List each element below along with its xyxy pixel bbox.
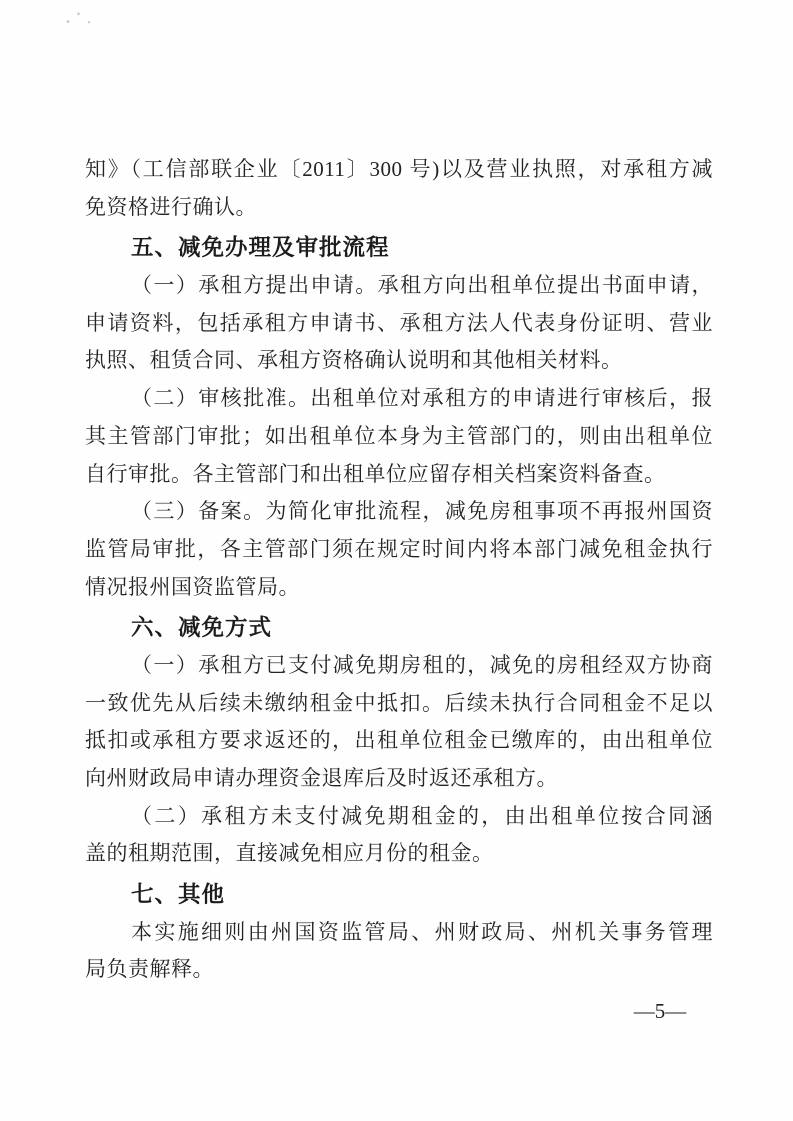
text-line: （二）审核批准。出租单位对承租方的申请进行审核后，报 bbox=[85, 380, 713, 418]
text-line: 一致优先从后续未缴纳租金中抵扣。后续未执行合同租金不足以 bbox=[85, 685, 713, 723]
text-line: 抵扣或承租方要求返还的，出租单位租金已缴库的，由出租单位 bbox=[85, 722, 713, 760]
text-line: （三）备案。为简化审批流程，减免房租事项不再报州国资 bbox=[85, 493, 713, 531]
text-line: 自行审批。各主管部门和出租单位应留存相关档案资料备查。 bbox=[85, 456, 713, 494]
page-number: —5— bbox=[620, 999, 700, 1024]
document-page: 知》（工信部联企业〔2011〕300 号)以及营业执照，对承租方减 免资格进行确… bbox=[0, 0, 793, 1121]
text-line: 免资格进行确认。 bbox=[85, 189, 713, 227]
text-line: 监管局审批，各主管部门须在规定时间内将本部门减免租金执行 bbox=[85, 531, 713, 569]
text-line: （一）承租方已支付减免期房租的，减免的房租经双方协商 bbox=[85, 647, 713, 685]
text-line: 本实施细则由州国资监管局、州财政局、州机关事务管理 bbox=[85, 914, 713, 952]
text-line: （二）承租方未支付减免期租金的，由出租单位按合同涵 bbox=[85, 798, 713, 836]
text-line: （一）承租方提出申请。承租方向出租单位提出书面申请， bbox=[85, 267, 713, 305]
document-body: 知》（工信部联企业〔2011〕300 号)以及营业执照，对承租方减 免资格进行确… bbox=[85, 151, 713, 989]
text-line: 其主管部门审批；如出租单位本身为主管部门的，则由出租单位 bbox=[85, 418, 713, 456]
text-line: 申请资料，包括承租方申请书、承租方法人代表身份证明、营业 bbox=[85, 305, 713, 343]
section-heading-5: 五、减免办理及审批流程 bbox=[85, 229, 713, 267]
text-line: 盖的租期范围，直接减免相应月份的租金。 bbox=[85, 835, 713, 873]
text-line: 局负责解释。 bbox=[85, 951, 713, 989]
text-line: 知》（工信部联企业〔2011〕300 号)以及营业执照，对承租方减 bbox=[85, 151, 713, 189]
text-line: 情况报州国资监管局。 bbox=[85, 569, 713, 607]
text-line: 向州财政局申请办理资金退库后及时返还承租方。 bbox=[85, 760, 713, 798]
scan-artifact bbox=[62, 12, 92, 24]
section-heading-6: 六、减免方式 bbox=[85, 609, 713, 647]
text-line: 执照、租赁合同、承租方资格确认说明和其他相关材料。 bbox=[85, 342, 713, 380]
section-heading-7: 七、其他 bbox=[85, 876, 713, 914]
